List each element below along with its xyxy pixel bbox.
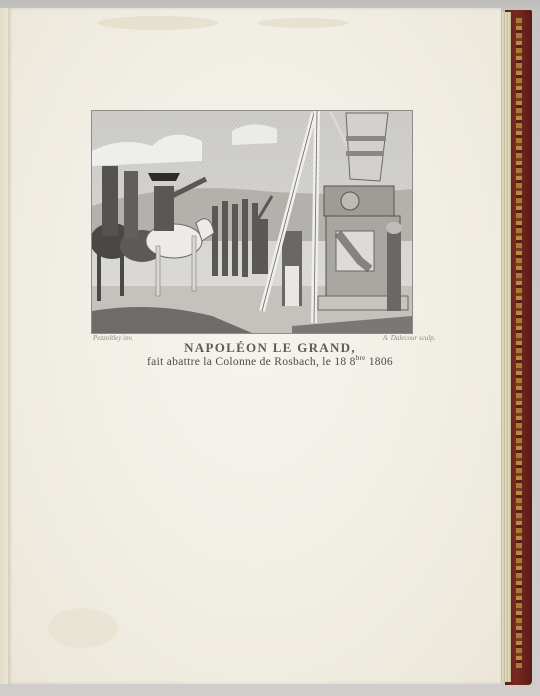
engraving-illustration: [92, 111, 412, 333]
caption-subtitle-superscript: bre: [356, 354, 366, 362]
foxing-stain: [48, 608, 118, 648]
foxing-stain: [258, 18, 348, 28]
caption-subtitle-main: fait abattre la Colonne de Rosbach, le 1…: [147, 356, 356, 368]
foxing-stain: [98, 16, 218, 30]
caption-subtitle: fait abattre la Colonne de Rosbach, le 1…: [0, 354, 540, 368]
engraving-plate: [91, 110, 413, 334]
caption-subtitle-year: 1806: [366, 356, 393, 368]
